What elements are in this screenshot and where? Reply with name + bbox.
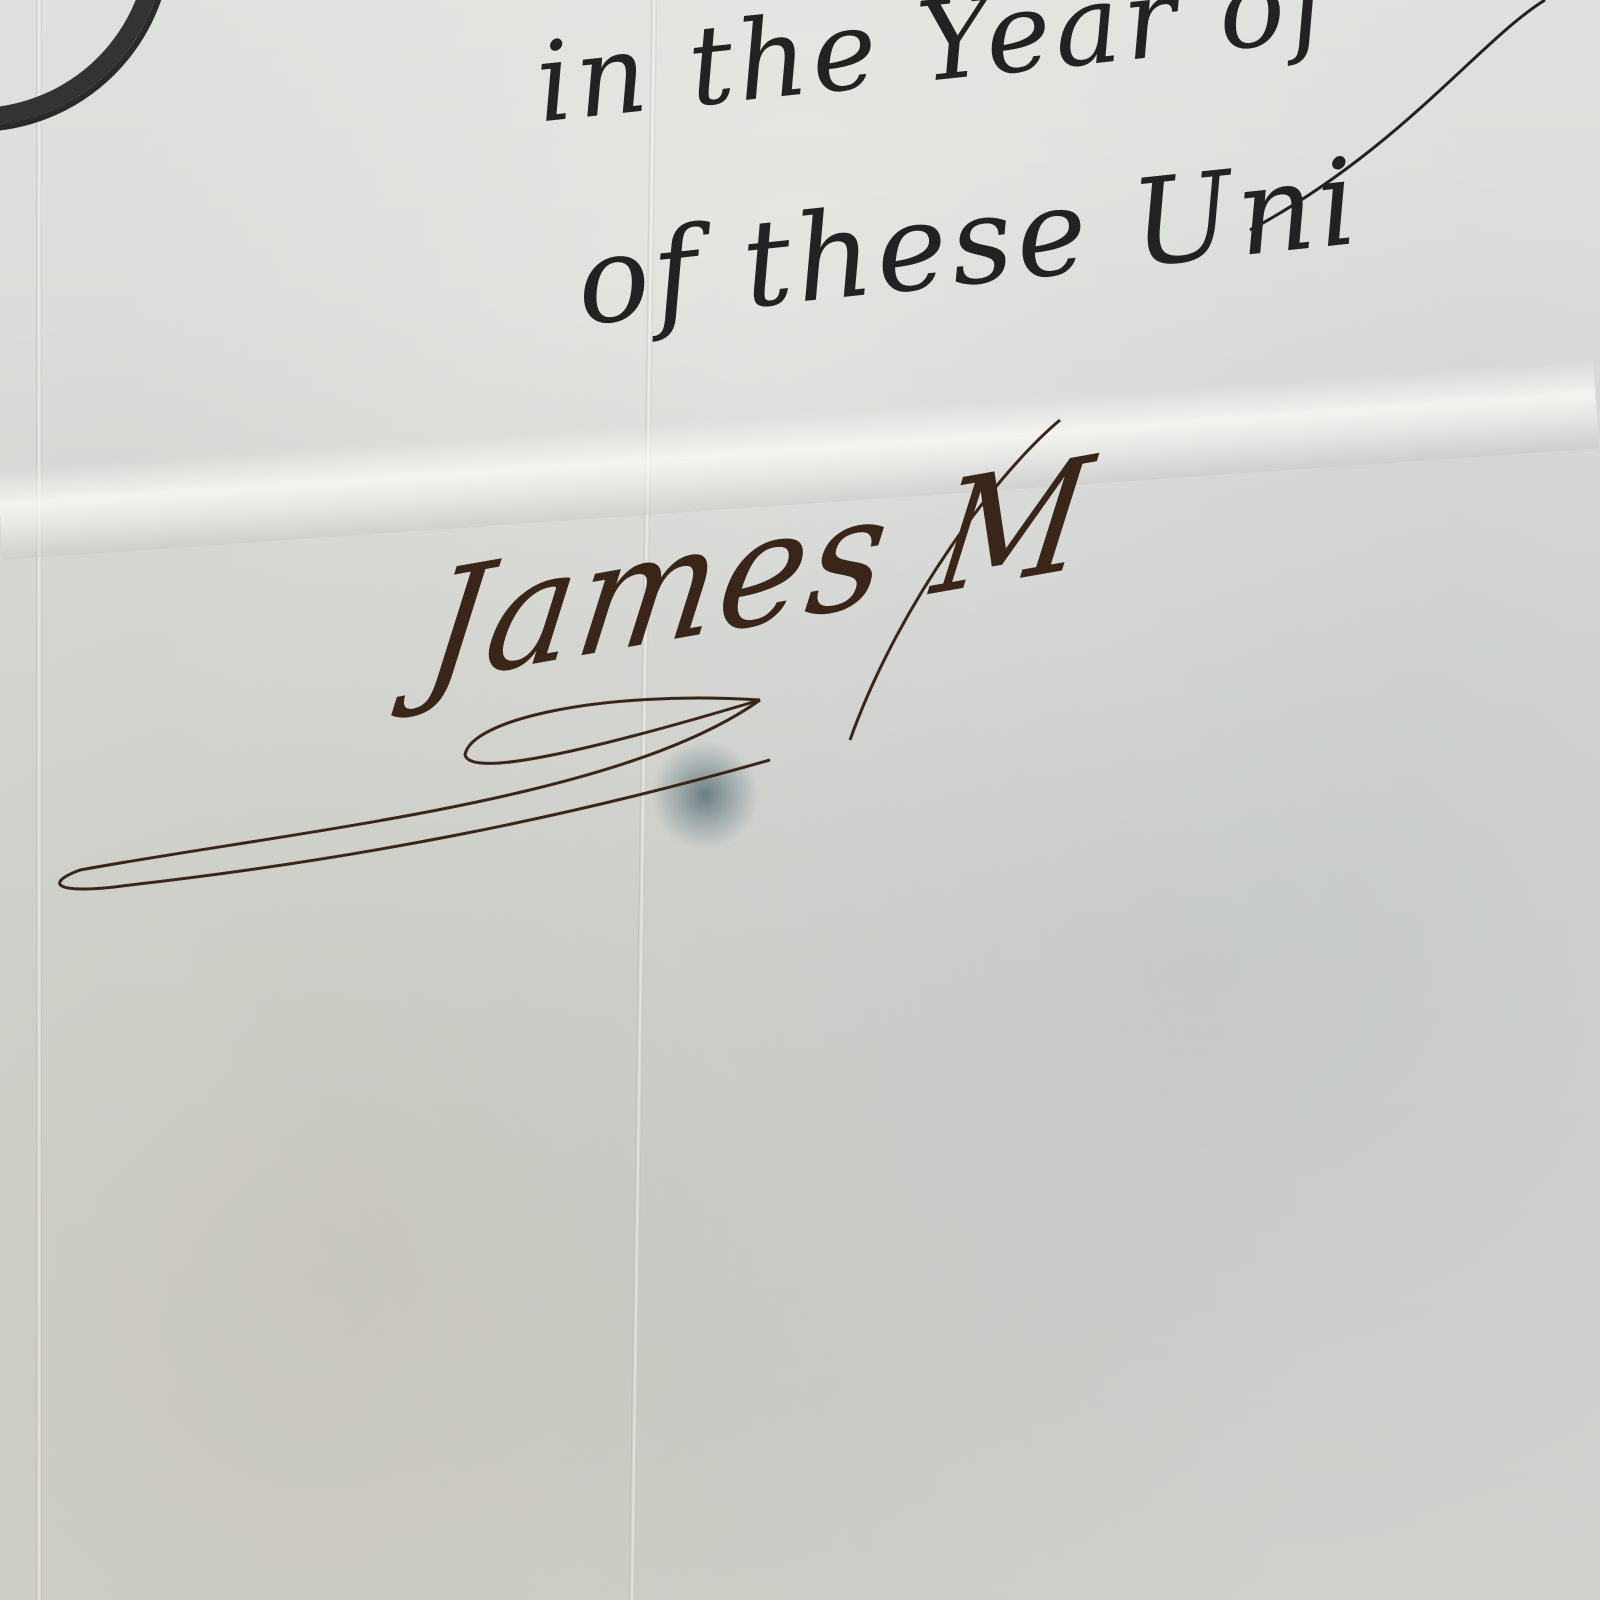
seal-edge — [0, 0, 172, 132]
ink-blot — [650, 740, 760, 850]
document-paper: in the Year of of these Uni James M — [0, 0, 1600, 1600]
document-text-line: of these Uni — [570, 133, 1367, 353]
document-text-line: in the Year of — [530, 0, 1339, 147]
vertical-fold-crease — [36, 0, 42, 1600]
